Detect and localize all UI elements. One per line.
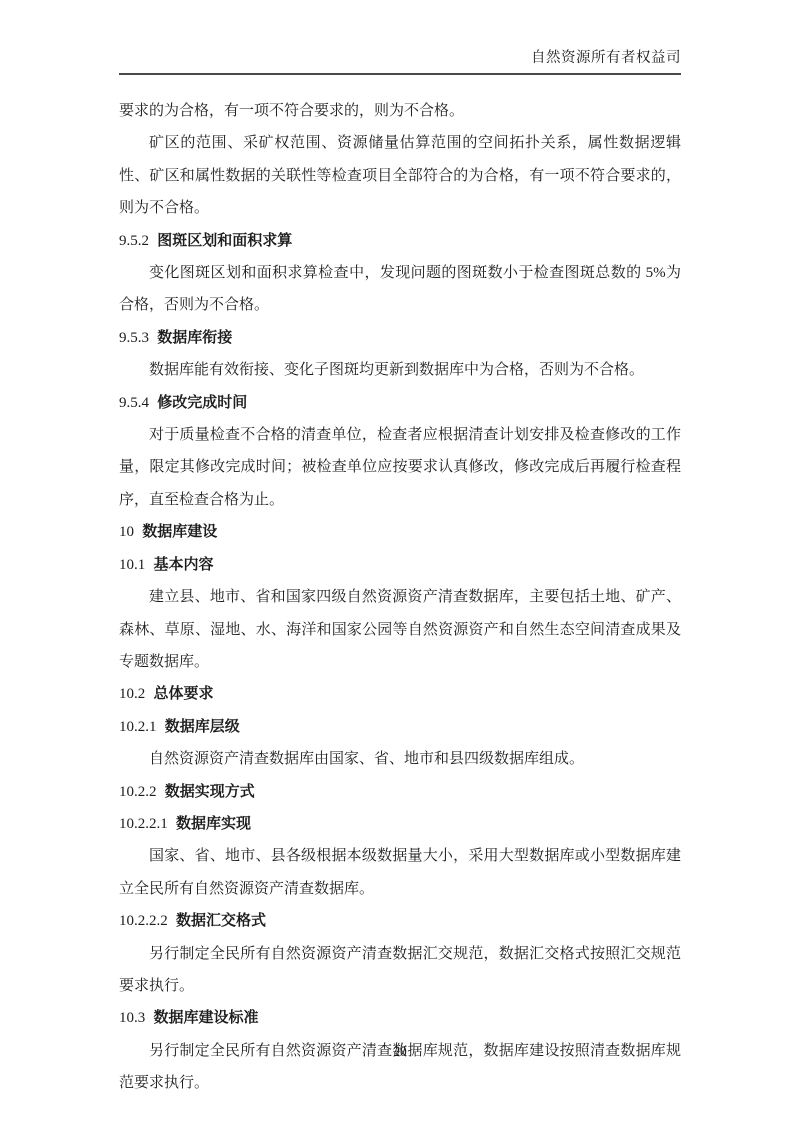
section-heading-9-5-2: 9.5.2图斑区划和面积求算 — [119, 225, 681, 257]
heading-title: 数据库实现 — [176, 815, 251, 832]
heading-title: 数据库层级 — [165, 718, 240, 735]
paragraph: 国家、省、地市、县各级根据本级数据量大小，采用大型数据库或小型数据库建立全民所有… — [119, 840, 681, 905]
heading-title: 基本内容 — [154, 556, 214, 573]
heading-title: 修改完成时间 — [157, 394, 247, 411]
document-body: 要求的为合格，有一项不符合要求的，则为不合格。 矿区的范围、采矿权范围、资源储量… — [119, 95, 681, 1100]
heading-number: 9.5.2 — [119, 233, 149, 249]
header-department-label: 自然资源所有者权益司 — [531, 50, 681, 66]
page-footer: 20 — [0, 1044, 800, 1060]
paragraph: 建立县、地市、省和国家四级自然资源资产清查数据库，主要包括土地、矿产、森林、草原… — [119, 581, 681, 678]
page-number: 20 — [393, 1044, 407, 1059]
heading-number: 9.5.3 — [119, 330, 149, 346]
section-heading-10-3: 10.3数据库建设标准 — [119, 1002, 681, 1034]
paragraph: 对于质量检查不合格的清查单位，检查者应根据清查计划安排及检查修改的工作量，限定其… — [119, 419, 681, 516]
heading-title: 数据实现方式 — [165, 783, 255, 800]
paragraph: 矿区的范围、采矿权范围、资源储量估算范围的空间拓扑关系，属性数据逻辑性、矿区和属… — [119, 127, 681, 224]
paragraph: 变化图斑区划和面积求算检查中，发现问题的图斑数小于检查图斑总数的 5%为合格，否… — [119, 257, 681, 322]
section-heading-10-2-2-2: 10.2.2.2数据汇交格式 — [119, 905, 681, 937]
heading-title: 数据库建设 — [142, 523, 217, 540]
page-header: 自然资源所有者权益司 — [119, 46, 681, 75]
heading-title: 数据库衔接 — [157, 329, 232, 346]
heading-number: 10.3 — [119, 1010, 145, 1026]
section-heading-10-2: 10.2总体要求 — [119, 678, 681, 710]
heading-number: 10.1 — [119, 557, 145, 573]
heading-number: 10.2.2.2 — [119, 913, 168, 929]
paragraph: 要求的为合格，有一项不符合要求的，则为不合格。 — [119, 95, 681, 127]
section-heading-10-2-2-1: 10.2.2.1数据库实现 — [119, 808, 681, 840]
section-heading-10: 10数据库建设 — [119, 516, 681, 548]
heading-title: 图斑区划和面积求算 — [157, 232, 292, 249]
heading-number: 10.2.2.1 — [119, 816, 168, 832]
section-heading-10-2-2: 10.2.2数据实现方式 — [119, 776, 681, 808]
section-heading-10-2-1: 10.2.1数据库层级 — [119, 711, 681, 743]
paragraph: 自然资源资产清查数据库由国家、省、地市和县四级数据库组成。 — [119, 743, 681, 775]
heading-number: 9.5.4 — [119, 395, 149, 411]
heading-title: 数据汇交格式 — [176, 912, 266, 929]
paragraph: 另行制定全民所有自然资源资产清查数据汇交规范，数据汇交格式按照汇交规范要求执行。 — [119, 938, 681, 1003]
paragraph: 数据库能有效衔接、变化子图斑均更新到数据库中为合格，否则为不合格。 — [119, 354, 681, 386]
document-page: 自然资源所有者权益司 要求的为合格，有一项不符合要求的，则为不合格。 矿区的范围… — [0, 0, 800, 1132]
heading-number: 10.2.1 — [119, 719, 157, 735]
section-heading-9-5-4: 9.5.4修改完成时间 — [119, 387, 681, 419]
heading-number: 10 — [119, 524, 134, 540]
heading-number: 10.2.2 — [119, 784, 157, 800]
heading-title: 数据库建设标准 — [154, 1009, 259, 1026]
section-heading-10-1: 10.1基本内容 — [119, 549, 681, 581]
heading-title: 总体要求 — [154, 685, 214, 702]
section-heading-9-5-3: 9.5.3数据库衔接 — [119, 322, 681, 354]
heading-number: 10.2 — [119, 686, 145, 702]
